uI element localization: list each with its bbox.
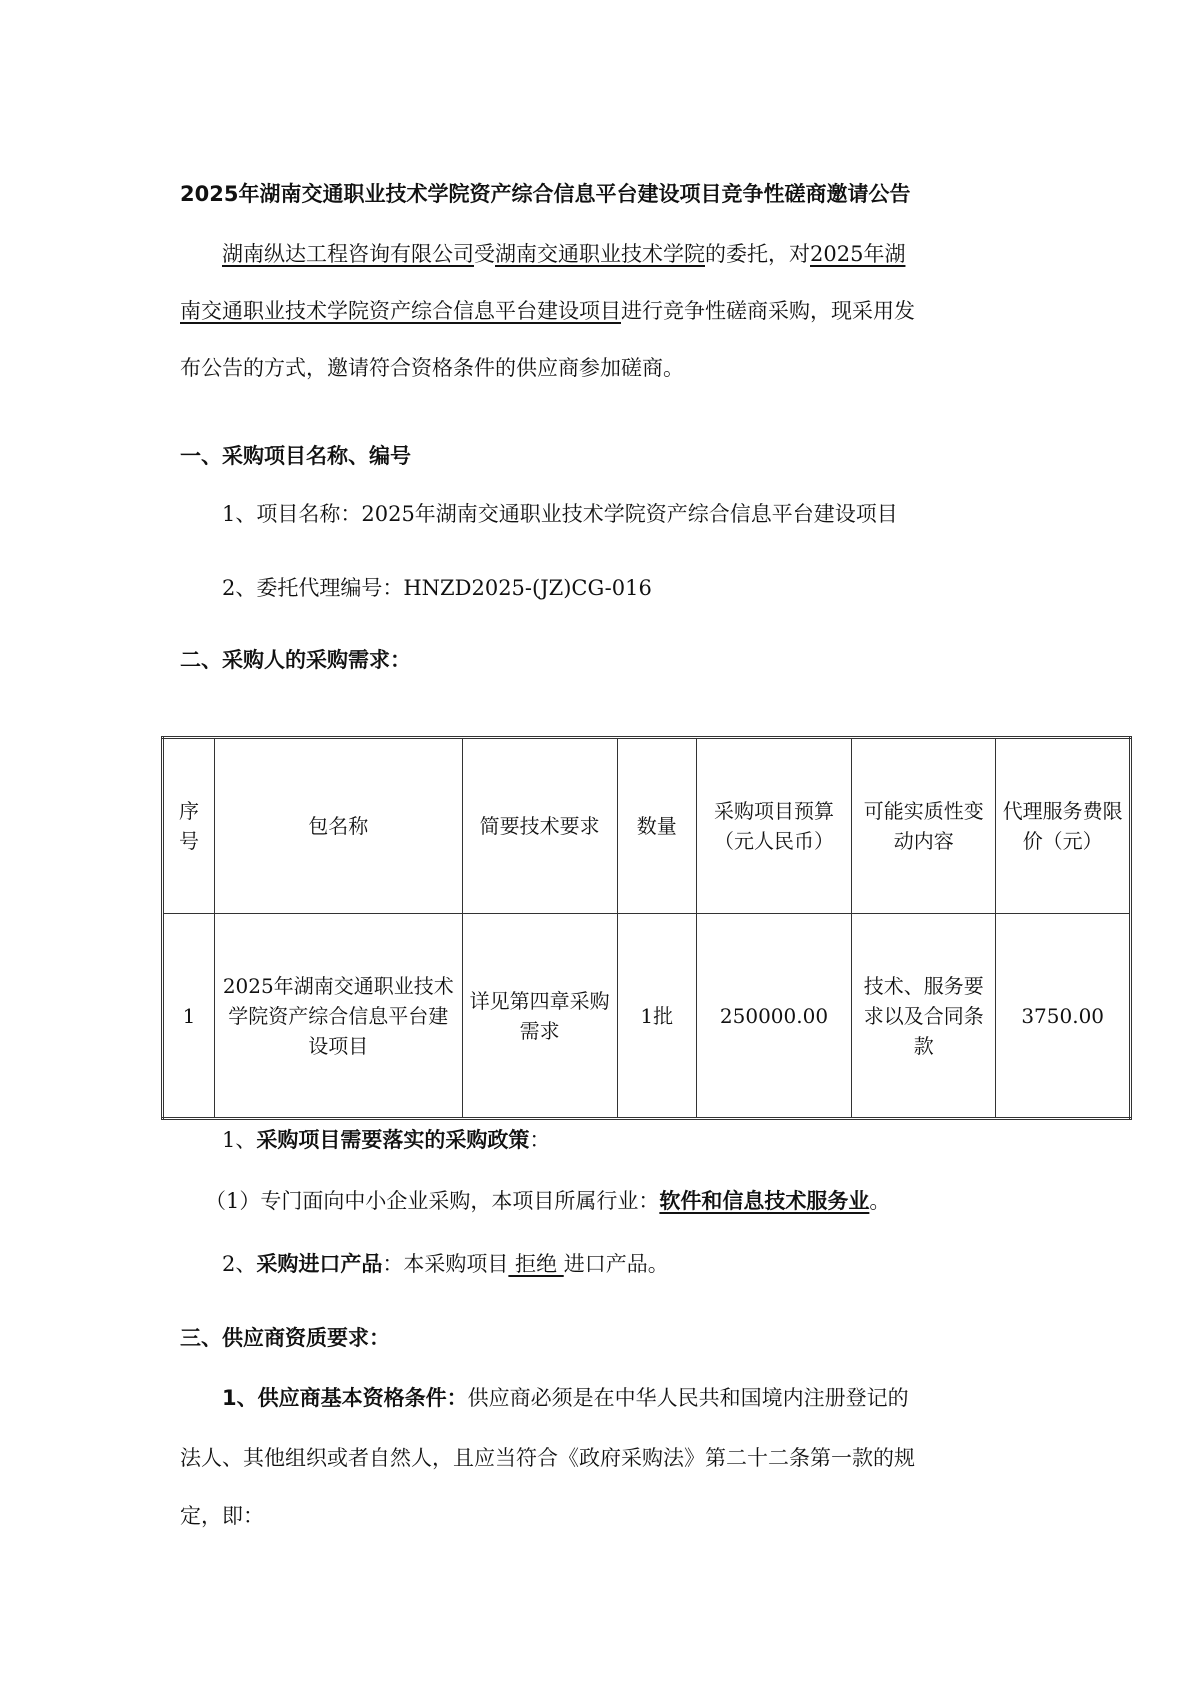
project-name-part2: 南交通职业技术学院资产综合信息平台建设项目 xyxy=(180,299,621,323)
industry-value: 软件和信息技术服务业 xyxy=(659,1189,869,1213)
header-changes: 可能实质性变动内容 xyxy=(852,738,996,914)
intro-line-1: 湖南纵达工程咨询有限公司受湖南交通职业技术学院的委托，对2025年湖 xyxy=(180,238,1010,268)
document-page: 2025年湖南交通职业技术学院资产综合信息平台建设项目竞争性磋商邀请公告 湖南纵… xyxy=(0,0,1191,1684)
project-name-part1: 2025年湖 xyxy=(810,242,905,266)
policy-line: 1、采购项目需要落实的采购政策： xyxy=(222,1124,1052,1154)
intro-line-2: 南交通职业技术学院资产综合信息平台建设项目进行竞争性磋商采购，现采用发 xyxy=(180,295,1010,325)
policy-item: （1）专门面向中小企业采购，本项目所属行业：软件和信息技术服务业。 xyxy=(205,1185,1035,1215)
import-line: 2、采购进口产品：本采购项目 拒绝 进口产品。 xyxy=(222,1248,1052,1278)
header-tech: 简要技术要求 xyxy=(462,738,617,914)
header-qty: 数量 xyxy=(617,738,696,914)
header-index: 序号 xyxy=(163,738,215,914)
intro-line-3: 布公告的方式，邀请符合资格条件的供应商参加磋商。 xyxy=(180,352,1010,382)
section1-heading: 一、采购项目名称、编号 xyxy=(180,440,411,470)
agent-name: 湖南纵达工程咨询有限公司 xyxy=(222,242,474,266)
client-name: 湖南交通职业技术学院 xyxy=(495,242,705,266)
qualification-line-2: 法人、其他组织或者自然人，且应当符合《政府采购法》第二十二条第一款的规 xyxy=(180,1442,1010,1472)
table-row: 1 2025年湖南交通职业技术学院资产综合信息平台建设项目 详见第四章采购需求 … xyxy=(163,914,1131,1119)
qualification-line-1: 1、供应商基本资格条件：供应商必须是在中华人民共和国境内注册登记的 xyxy=(222,1382,1052,1412)
import-value: 拒绝 xyxy=(508,1252,563,1276)
header-package: 包名称 xyxy=(215,738,462,914)
document-title: 2025年湖南交通职业技术学院资产综合信息平台建设项目竞争性磋商邀请公告 xyxy=(180,178,910,208)
table-header-row: 序号 包名称 简要技术要求 数量 采购项目预算（元人民币） 可能实质性变动内容 … xyxy=(163,738,1131,914)
section3-heading: 三、供应商资质要求： xyxy=(180,1322,390,1352)
header-budget: 采购项目预算（元人民币） xyxy=(696,738,851,914)
header-fee: 代理服务费限价（元） xyxy=(996,738,1131,914)
section2-heading: 二、采购人的采购需求： xyxy=(180,644,411,674)
requirements-table: 序号 包名称 简要技术要求 数量 采购项目预算（元人民币） 可能实质性变动内容 … xyxy=(161,736,1132,1120)
project-name-item: 1、项目名称：2025年湖南交通职业技术学院资产综合信息平台建设项目 xyxy=(222,498,1052,528)
agency-code-item: 2、委托代理编号：HNZD2025-(JZ)CG-016 xyxy=(222,572,1052,602)
qualification-line-3: 定，即： xyxy=(180,1500,1010,1530)
